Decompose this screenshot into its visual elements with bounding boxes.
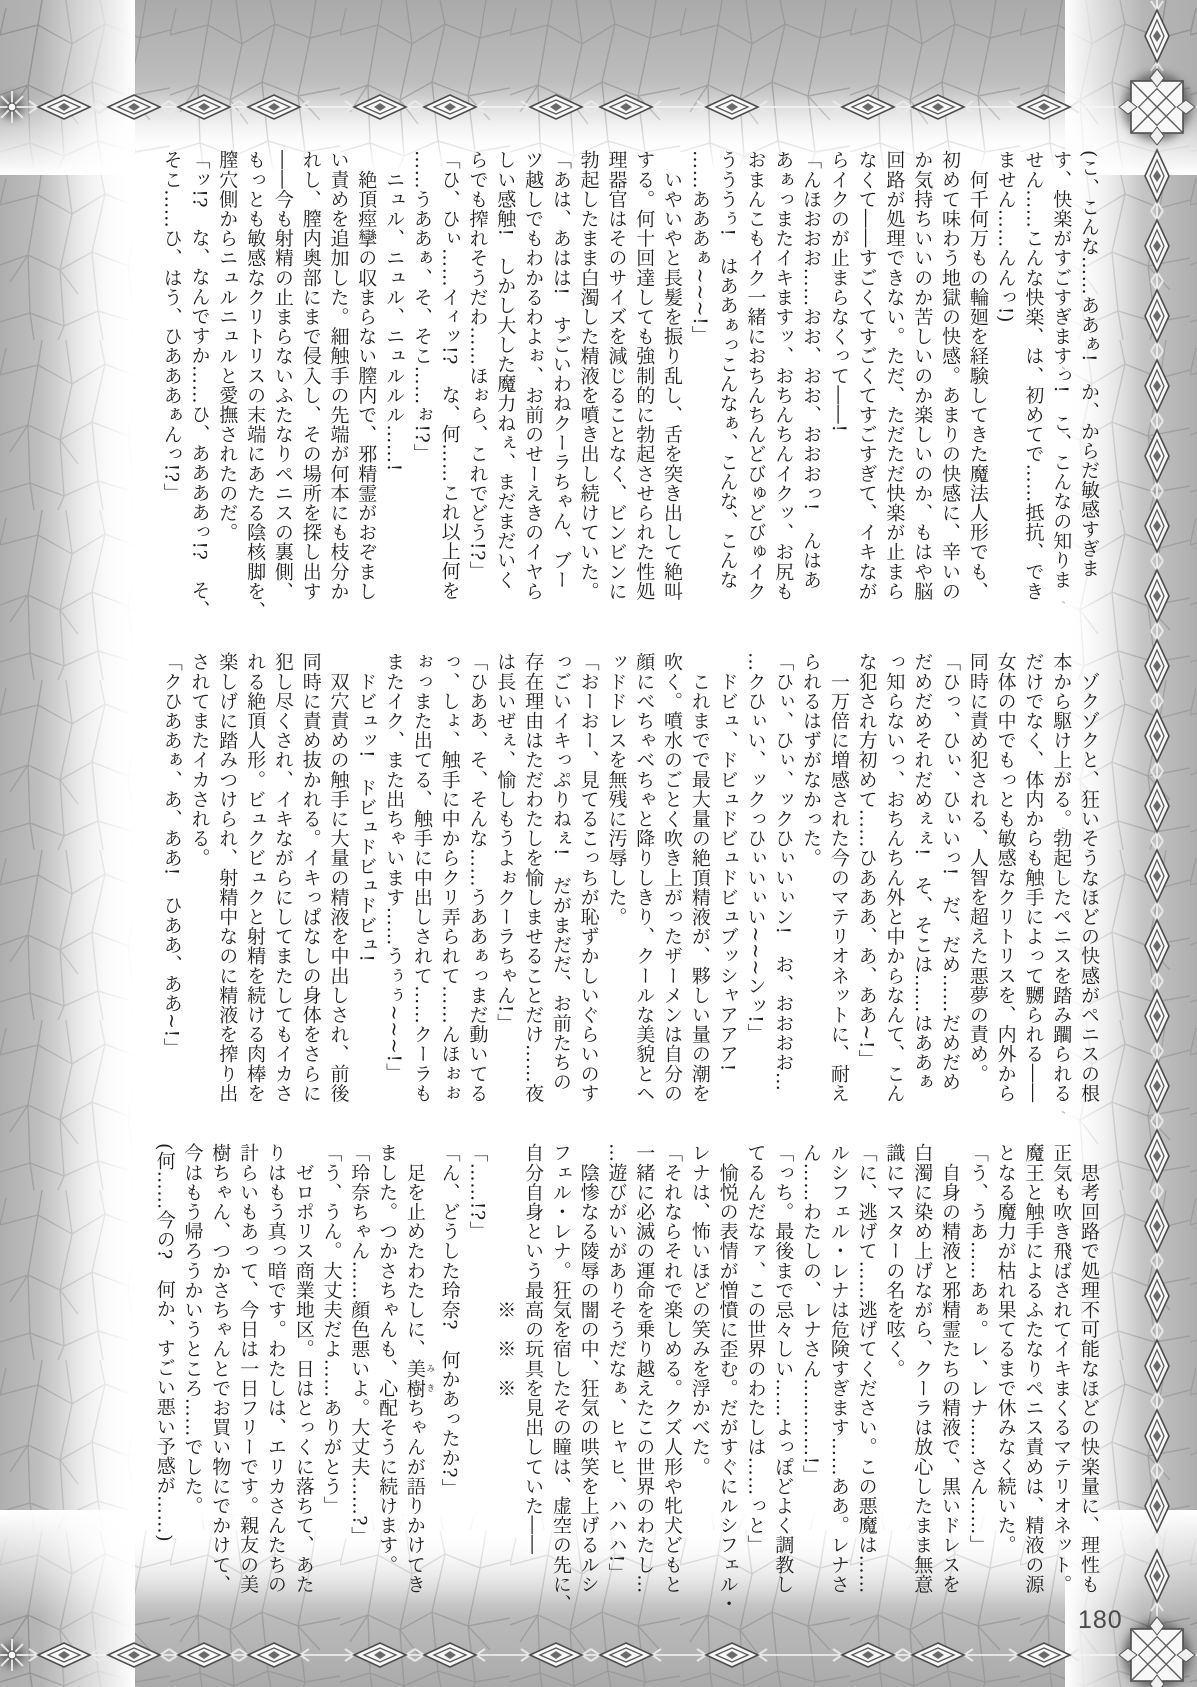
text-column: 陰惨なる陵辱の闇の中、狂気の哄笑を上げるルシ <box>574 1143 602 1621</box>
text-column: となる魔力が枯れ果てるまで休みなく続いた。 <box>991 1143 1019 1621</box>
text-band-bottom: 思考回路で処理不可能なほどの快楽量に、理性も正気も吹き飛ばされてイキまくるマテリ… <box>150 1143 1102 1621</box>
text-column: フェル・レナ。狂気を宿したその瞳は、虚空の先に、 <box>546 1143 574 1621</box>
text-column: ました。つかさちゃんも、心配そうに続けます。 <box>372 1143 400 1621</box>
text-column: らでも搾れそうだわ……ほぉら、これでどう!?」 <box>463 150 491 628</box>
text-column: ルシフェル・レナは危険すぎます……ああ。レナさ <box>824 1143 852 1621</box>
text-column: 「っち。最後まで忌々しい……よっぽどよく調教し <box>768 1143 796 1621</box>
text-column: 「クひああぁ、あ、ああ! ひああ、ああ~!」 <box>157 652 185 1130</box>
text-column: 「んほおおお……おお、おお、おおおっ! んはあ <box>796 150 824 628</box>
text-column: 自分自身という最高の玩具を見出していた―― <box>518 1143 546 1621</box>
text-column: 樹ちゃん、つかさちゃんとでお買い物にでかけて、 <box>206 1143 234 1621</box>
text-column: 正気も吹き飛ばされてイキまくるマテリオネット。 <box>1046 1143 1074 1621</box>
text-column: ゾクゾクと、狂いそうなほどの快感がペニスの根 <box>1074 652 1102 1130</box>
text-column: …遊びがいがありそうだなぁ、ヒャヒ、ハハハ!」 <box>602 1143 630 1621</box>
text-column: ……あああぁ~~~!」 <box>685 150 713 628</box>
text-column: 「おーおー、見てるこっちが恥ずかしいぐらいのす <box>574 652 602 1130</box>
text-column: 何千何万もの輪廻を経験してきた魔法人形でも、 <box>963 150 991 628</box>
text-column: 「ひっ、ひぃ、ひぃいっ! だ、だめ……だめだめ <box>935 652 963 1130</box>
book-page: (こ、こんな……ああぁ! か、からだ敏感すぎます、快楽がすごすぎますっ! こ、こ… <box>0 0 1197 1687</box>
text-column: これまでで最大量の絶頂精液が、夥しい量の潮を <box>685 652 713 1130</box>
text-column: 「ん、どうした玲奈? 何かあったか?」 <box>435 1143 463 1621</box>
text-column: あぁっまたイキますッ、おちんちんイクッ、お尻も <box>768 150 796 628</box>
page-number: 180 <box>1078 1606 1123 1635</box>
text-column: 足を止めたわたしに、美樹みきちゃんが語りかけてき <box>400 1143 435 1621</box>
text-column: ※ ※ ※ <box>490 1143 518 1621</box>
text-column: 膣穴側からニュルニュルと愛撫されたのだ。 <box>213 150 241 628</box>
text-column: 魔王と触手によるふたなりペニス責めは、精液の源 <box>1019 1143 1047 1621</box>
text-column: しい感触! しかし大した魔力ねぇ、まだまだいく <box>490 150 518 628</box>
text-column: っ、しょ、触手に中からクリ弄られて……んほぉぉ <box>435 652 463 1130</box>
text-column: 「……!?」 <box>463 1143 491 1621</box>
text-column: 犯し尽くされ、イキながらにしてまたしてもイカさ <box>268 652 296 1130</box>
text-column: 識にマスターの名を呟く。 <box>880 1143 908 1621</box>
text-column: 存在理由はただわたしを愉しませることだけ……夜 <box>518 652 546 1130</box>
text-column: ません……んんっ!) <box>991 150 1019 628</box>
text-column: らイクのが止まらなくって――! <box>824 150 852 628</box>
text-column: 「それならそれで楽しめる。クズ人形や牝犬どもと <box>657 1143 685 1621</box>
text-column: てるんだなァ、この世界のわたしは……っと」 <box>741 1143 769 1621</box>
text-column: ん……わたしの、レナさん…………!」 <box>796 1143 824 1621</box>
text-column: またイク、また出ちゃいます……うぅぅ~~~!」 <box>379 652 407 1130</box>
text-column: 白濁に染め上げながら、クーラは放心したまま無意 <box>907 1143 935 1621</box>
text-column: いやいやと長髪を振り乱し、舌を突き出して絶叫 <box>657 150 685 628</box>
text-column: 顔にべちゃべちゃと降りしきり、クールな美貌とヘ <box>629 652 657 1130</box>
page-text: (こ、こんな……ああぁ! か、からだ敏感すぎます、快楽がすごすぎますっ! こ、こ… <box>0 0 1197 1687</box>
text-column: 勃起したまま白濁した精液を噴き出し続けていた。 <box>574 150 602 628</box>
text-column: …クひぃい、ックっひぃいぃい~~~ンッ!」 <box>741 652 769 1130</box>
text-column: (こ、こんな……ああぁ! か、からだ敏感すぎま <box>1074 150 1102 628</box>
text-column: 同時に責め抜かれる。イキっぱなしの身体をさらに <box>296 652 324 1130</box>
text-column: 女体の中でもっとも敏感なクリトリスを、内外から <box>991 652 1019 1130</box>
text-column: 「玲奈ちゃん……顔色悪いよ。大丈夫……?」 <box>344 1143 372 1621</box>
text-column: 吹く。噴水のごとく吹き上がったザーメンは自分の <box>657 652 685 1130</box>
text-column: か気持ちいいのか苦しいのか楽しいのか、もはや脳 <box>907 150 935 628</box>
text-column: 一万倍に増感された今のマテリオネットに、耐え <box>824 652 852 1130</box>
text-column: 理器官はそのサイズを減じることなく、ビンビンに <box>602 150 630 628</box>
text-column: れし、膣内奥部にまで侵入し、その場所を探し出す <box>296 150 324 628</box>
text-column: ――今も射精の止まらないふたなりペニスの裏側、 <box>268 150 296 628</box>
text-column: りはもう真っ暗です。わたしは、エリカさんたちの <box>261 1143 289 1621</box>
text-column: 同時に責め犯される、人智を超えた悪夢の責め。 <box>963 652 991 1130</box>
text-column: 「う、うあ……あぁ。レ、レナ……さん……」 <box>963 1143 991 1621</box>
text-column: 回路が処理できない。ただ、ただただ快楽が止まら <box>880 150 908 628</box>
text-column: ぉっまた出てる、触手に中出しされて……クーラも <box>407 652 435 1130</box>
text-column: ゼロポリス商業地区。日はとっくに落ちて、あた <box>289 1143 317 1621</box>
text-column: もっとも敏感なクリトリスの末端にあたる陰核脚を、 <box>240 150 268 628</box>
text-column: 絶頂痙攣の収まらない膣内で、邪精霊がおぞまし <box>351 150 379 628</box>
text-column: す、快楽がすごすぎますっ! こ、こんなの知りま <box>1046 150 1074 628</box>
text-column: れる絶頂人形。ビュクビュクと射精を続ける肉棒を <box>240 652 268 1130</box>
text-column: 「に、逃げて……逃げてください。この悪魔は…… <box>852 1143 880 1621</box>
text-column: 「ひぃ、ひぃ、ックひぃいぃン! お、おおおお… <box>768 652 796 1130</box>
text-column: な犯され方初めて……ひあああ、あ、ああ~!」 <box>852 652 880 1130</box>
text-column: する。何十回達しても強制的に勃起させられた性処 <box>629 150 657 628</box>
text-column: ドビュ、ドビュドビュドビュブッシャアアア! <box>713 652 741 1130</box>
text-column: レナは、怖いほどの笑みを浮かべた。 <box>685 1143 713 1621</box>
text-column: 「ひああ、そ、そんな……うああぁっまだ動いてる <box>463 652 491 1130</box>
text-column: おまんこもイク一緒におちんちんどびゅどびゅイク <box>741 150 769 628</box>
text-column: 一緒に必滅の運命を乗り越えたこの世界のわたし… <box>629 1143 657 1621</box>
text-column: (何……今の? 何か、すごい悪い予感が……) <box>150 1143 178 1621</box>
text-column: だけでなく、体内からも触手によって嬲られる―― <box>1019 652 1047 1130</box>
text-column: 自身の精液と邪精霊たちの精液で、黒いドレスを <box>935 1143 963 1621</box>
text-column: 「ひ、ひぃ……イィッ!? な、何……これ以上何を <box>435 150 463 628</box>
text-column: い責めを追加した。細触手の先端が何本にも枝分か <box>324 150 352 628</box>
text-column: 本から駆け上がる。勃起したペニスを踏み躙られる <box>1046 652 1074 1130</box>
text-column: ドビュッ! ドビュドビュドビュ! <box>351 652 379 1130</box>
text-column: そこ……ひ、はう、ひあああぁんっ!?」 <box>157 150 185 628</box>
text-column: 「ッ!? な、なんですか……ひ、ああああっ!? そ、 <box>185 150 213 628</box>
text-column: 計らいもあって、今日は一日フリーです。親友の美 <box>233 1143 261 1621</box>
text-column: 双穴責めの触手に大量の精液を中出しされ、前後 <box>324 652 352 1130</box>
furigana: 美樹みき <box>404 1359 426 1398</box>
text-column: っごいイキっぷりねぇ! だがまだだ、お前たちの <box>546 652 574 1130</box>
text-column: せん……こんな快楽、は、初めてで……抵抗、でき <box>1019 150 1047 628</box>
text-band-middle: ゾクゾクと、狂いそうなほどの快感がペニスの根本から駆け上がる。勃起したペニスを踏… <box>150 652 1102 1130</box>
text-column: されてまたイカされる。 <box>185 652 213 1130</box>
text-column: ニュル、ニュル、ニュルルル……! <box>379 150 407 628</box>
text-column: っ知らないっ、おちんちん外と中からなんて、こん <box>880 652 908 1130</box>
text-column: ッドドレスを無残に汚辱した。 <box>602 652 630 1130</box>
text-column: 今はもう帰ろうかいうところ……でした。 <box>178 1143 206 1621</box>
text-column: 「う、うん。大丈夫だよ……ありがとう」 <box>317 1143 345 1621</box>
text-column: られるはずがなかった。 <box>796 652 824 1130</box>
text-column: だめだめそれだめぇぇ! そ、そこは……はああぁ <box>907 652 935 1130</box>
text-column: 初めて味わう地獄の快感。あまりの快感に、辛いの <box>935 150 963 628</box>
text-column: 思考回路で処理不可能なほどの快楽量に、理性も <box>1074 1143 1102 1621</box>
text-band-top: (こ、こんな……ああぁ! か、からだ敏感すぎます、快楽がすごすぎますっ! こ、こ… <box>150 150 1102 628</box>
text-column: 楽しげに踏みつけられ、射精中なのに精液を搾り出 <box>213 652 241 1130</box>
text-column: 「あは、あはは! すごいわねクーラちゃん、ブー <box>546 150 574 628</box>
text-column: ……うああぁ、そ、そこ……ぉ!?」 <box>407 150 435 628</box>
text-column: は長いぜぇ、愉しもうよぉクーラちゃん!」 <box>490 652 518 1130</box>
text-column: ツ越しでもわかるわよぉ、お前のせーえきのイヤら <box>518 150 546 628</box>
text-column: 愉悦の表情が憎憤に歪む。だがすぐにルシフェル・ <box>713 1143 741 1621</box>
text-column: なくて――すごくてすごくてすごすぎて、イキなが <box>852 150 880 628</box>
text-column: うううぅ! はああぁっこんなぁ、こんな、こんな <box>713 150 741 628</box>
